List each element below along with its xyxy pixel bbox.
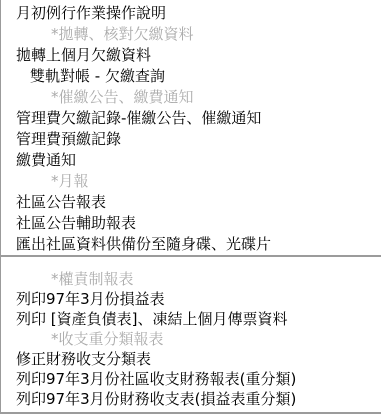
menu-item[interactable]: 雙軌對帳 - 欠繳查詢 [1, 66, 381, 87]
menu-item[interactable]: 社區公告輔助報表 [1, 213, 381, 234]
section-label: *權責制報表 [1, 269, 381, 289]
menu-list: 月初例行作業操作說明*拋轉、核對欠繳資料拋轉上個月欠繳資料雙軌對帳 - 欠繳查詢… [1, 0, 381, 409]
menu-item[interactable]: 列印 [資產負債表]、凍結上個月傳票資料 [1, 309, 381, 329]
menu-item[interactable]: 匯出社區資料供備份至隨身碟、光碟片 [1, 234, 381, 255]
operations-menu-panel: 月初例行作業操作說明*拋轉、核對欠繳資料拋轉上個月欠繳資料雙軌對帳 - 欠繳查詢… [0, 0, 381, 414]
menu-item[interactable]: 社區公告報表 [1, 192, 381, 213]
section-label: *拋轉、核對欠繳資料 [1, 24, 381, 45]
menu-item[interactable]: 繳費通知 [1, 150, 381, 171]
menu-item[interactable]: 管理費預繳記錄 [1, 129, 381, 150]
menu-item[interactable]: 列印97年3月份財務收支表(損益表重分類) [1, 389, 381, 409]
section-divider [1, 255, 381, 257]
section-label: *月報 [1, 171, 381, 192]
menu-item[interactable]: 管理費欠繳記錄-催繳公告、催繳通知 [1, 108, 381, 129]
section-label: *催繳公告、繳費通知 [1, 87, 381, 108]
section-label: *收支重分類報表 [1, 329, 381, 349]
menu-item[interactable]: 列印97年3月份損益表 [1, 289, 381, 309]
menu-item[interactable]: 拋轉上個月欠繳資料 [1, 45, 381, 66]
menu-item[interactable]: 修正財務收支分類表 [1, 349, 381, 369]
menu-item[interactable]: 月初例行作業操作說明 [1, 3, 381, 24]
menu-item[interactable]: 列印97年3月份社區收支財務報表(重分類) [1, 369, 381, 389]
